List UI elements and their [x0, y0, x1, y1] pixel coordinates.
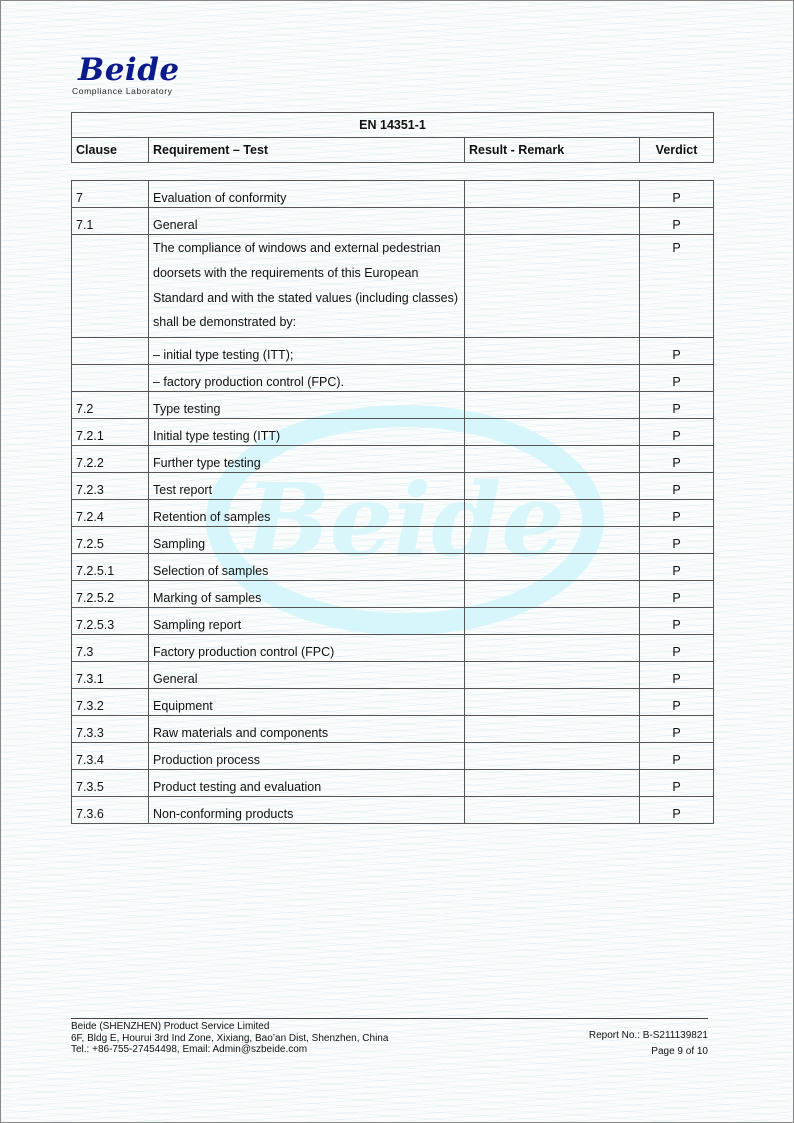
verdict-cell: P — [640, 743, 714, 770]
result-cell — [465, 419, 640, 446]
clause-cell: 7.2.5 — [72, 527, 149, 554]
verdict-cell: P — [640, 662, 714, 689]
footer-report-info: Report No.: B-S211139821 Page 9 of 10 — [589, 1028, 708, 1060]
table-row: 7.2.5.3Sampling reportP — [72, 608, 714, 635]
table-row: 7.3.6Non-conforming productsP — [72, 797, 714, 824]
requirement-cell: Non-conforming products — [149, 797, 465, 824]
header-table: EN 14351-1 Clause Requirement – Test Res… — [71, 112, 714, 163]
clause-cell: 7.3.4 — [72, 743, 149, 770]
table-row: 7.2.2Further type testingP — [72, 446, 714, 473]
clause-cell: 7.1 — [72, 208, 149, 235]
clause-cell: 7.2.5.3 — [72, 608, 149, 635]
requirement-cell: Sampling report — [149, 608, 465, 635]
clause-cell — [72, 338, 149, 365]
result-cell — [465, 208, 640, 235]
requirement-cell: Test report — [149, 473, 465, 500]
result-cell — [465, 635, 640, 662]
verdict-cell: P — [640, 208, 714, 235]
result-cell — [465, 581, 640, 608]
clause-table: 7Evaluation of conformityP7.1GeneralPThe… — [71, 180, 714, 824]
result-cell — [465, 716, 640, 743]
col-header-verdict: Verdict — [640, 138, 714, 163]
table-row: 7.3.4Production processP — [72, 743, 714, 770]
logo-subtitle: Compliance Laboratory — [72, 86, 202, 96]
col-header-requirement: Requirement – Test — [149, 138, 465, 163]
result-cell — [465, 689, 640, 716]
requirement-cell: Raw materials and components — [149, 716, 465, 743]
result-cell — [465, 554, 640, 581]
col-header-clause: Clause — [72, 138, 149, 163]
requirement-cell: Marking of samples — [149, 581, 465, 608]
result-cell — [465, 500, 640, 527]
clause-cell: 7.2.3 — [72, 473, 149, 500]
verdict-cell: P — [640, 419, 714, 446]
requirement-cell: Factory production control (FPC) — [149, 635, 465, 662]
clause-cell: 7.3.3 — [72, 716, 149, 743]
verdict-cell: P — [640, 392, 714, 419]
clause-cell: 7.2.4 — [72, 500, 149, 527]
verdict-cell: P — [640, 446, 714, 473]
result-cell — [465, 473, 640, 500]
requirement-cell: The compliance of windows and external p… — [149, 235, 465, 338]
clause-cell: 7.3.2 — [72, 689, 149, 716]
result-cell — [465, 743, 640, 770]
result-cell — [465, 527, 640, 554]
result-cell — [465, 446, 640, 473]
requirement-cell: Further type testing — [149, 446, 465, 473]
table-row: 7Evaluation of conformityP — [72, 181, 714, 208]
result-cell — [465, 181, 640, 208]
clause-cell: 7.3.5 — [72, 770, 149, 797]
report-number: Report No.: B-S211139821 — [589, 1028, 708, 1044]
table-row: 7.2.5SamplingP — [72, 527, 714, 554]
verdict-cell: P — [640, 338, 714, 365]
table-row: 7.3.1GeneralP — [72, 662, 714, 689]
clause-cell: 7.2.1 — [72, 419, 149, 446]
footer-contact: Tel.: +86-755-27454498, Email: Admin@szb… — [71, 1044, 388, 1056]
requirement-cell: Equipment — [149, 689, 465, 716]
table-row: 7.3.2EquipmentP — [72, 689, 714, 716]
table-row: 7.2.1Initial type testing (ITT)P — [72, 419, 714, 446]
requirement-cell: Evaluation of conformity — [149, 181, 465, 208]
requirement-cell: Product testing and evaluation — [149, 770, 465, 797]
clause-cell: 7.2.5.2 — [72, 581, 149, 608]
requirement-cell: Sampling — [149, 527, 465, 554]
verdict-cell: P — [640, 365, 714, 392]
verdict-cell: P — [640, 235, 714, 338]
result-cell — [465, 365, 640, 392]
result-cell — [465, 608, 640, 635]
footer-company-info: Beide (SHENZHEN) Product Service Limited… — [71, 1021, 388, 1056]
table-row: 7.2Type testingP — [72, 392, 714, 419]
clause-cell — [72, 235, 149, 338]
clause-cell: 7.2 — [72, 392, 149, 419]
table-row: 7.3Factory production control (FPC)P — [72, 635, 714, 662]
footer-divider — [71, 1018, 708, 1019]
requirement-cell: Retention of samples — [149, 500, 465, 527]
col-header-result: Result - Remark — [465, 138, 640, 163]
table-row: 7.3.3Raw materials and componentsP — [72, 716, 714, 743]
verdict-cell: P — [640, 181, 714, 208]
table-row: 7.3.5Product testing and evaluationP — [72, 770, 714, 797]
clause-cell: 7.2.5.1 — [72, 554, 149, 581]
clause-cell: 7.3.6 — [72, 797, 149, 824]
result-cell — [465, 662, 640, 689]
company-logo: Beide Compliance Laboratory — [72, 55, 202, 96]
verdict-cell: P — [640, 635, 714, 662]
result-cell — [465, 392, 640, 419]
verdict-cell: P — [640, 473, 714, 500]
logo-brand: Beide — [78, 55, 202, 85]
table-row: The compliance of windows and external p… — [72, 235, 714, 338]
table-row: 7.2.4Retention of samplesP — [72, 500, 714, 527]
page-number: Page 9 of 10 — [589, 1044, 708, 1060]
footer-address: 6F, Bldg E, Hourui 3rd Ind Zone, Xixiang… — [71, 1033, 388, 1045]
table-row: 7.2.5.2Marking of samplesP — [72, 581, 714, 608]
requirement-cell: Selection of samples — [149, 554, 465, 581]
table-row: 7.2.3Test reportP — [72, 473, 714, 500]
clause-cell: 7.2.2 — [72, 446, 149, 473]
result-cell — [465, 770, 640, 797]
result-cell — [465, 235, 640, 338]
table-row: 7.2.5.1Selection of samplesP — [72, 554, 714, 581]
verdict-cell: P — [640, 689, 714, 716]
requirement-cell: General — [149, 208, 465, 235]
clause-cell: 7 — [72, 181, 149, 208]
requirement-cell: Production process — [149, 743, 465, 770]
requirement-cell: General — [149, 662, 465, 689]
verdict-cell: P — [640, 797, 714, 824]
requirement-cell: – initial type testing (ITT); — [149, 338, 465, 365]
verdict-cell: P — [640, 770, 714, 797]
verdict-cell: P — [640, 554, 714, 581]
table-row: – factory production control (FPC).P — [72, 365, 714, 392]
clause-cell: 7.3.1 — [72, 662, 149, 689]
verdict-cell: P — [640, 608, 714, 635]
clause-cell — [72, 365, 149, 392]
verdict-cell: P — [640, 527, 714, 554]
table-row: – initial type testing (ITT);P — [72, 338, 714, 365]
verdict-cell: P — [640, 581, 714, 608]
result-cell — [465, 797, 640, 824]
requirement-cell: Initial type testing (ITT) — [149, 419, 465, 446]
result-cell — [465, 338, 640, 365]
footer-company: Beide (SHENZHEN) Product Service Limited — [71, 1021, 388, 1033]
standard-title: EN 14351-1 — [72, 113, 714, 138]
requirement-cell: – factory production control (FPC). — [149, 365, 465, 392]
requirement-cell: Type testing — [149, 392, 465, 419]
verdict-cell: P — [640, 716, 714, 743]
verdict-cell: P — [640, 500, 714, 527]
table-row: 7.1GeneralP — [72, 208, 714, 235]
clause-cell: 7.3 — [72, 635, 149, 662]
